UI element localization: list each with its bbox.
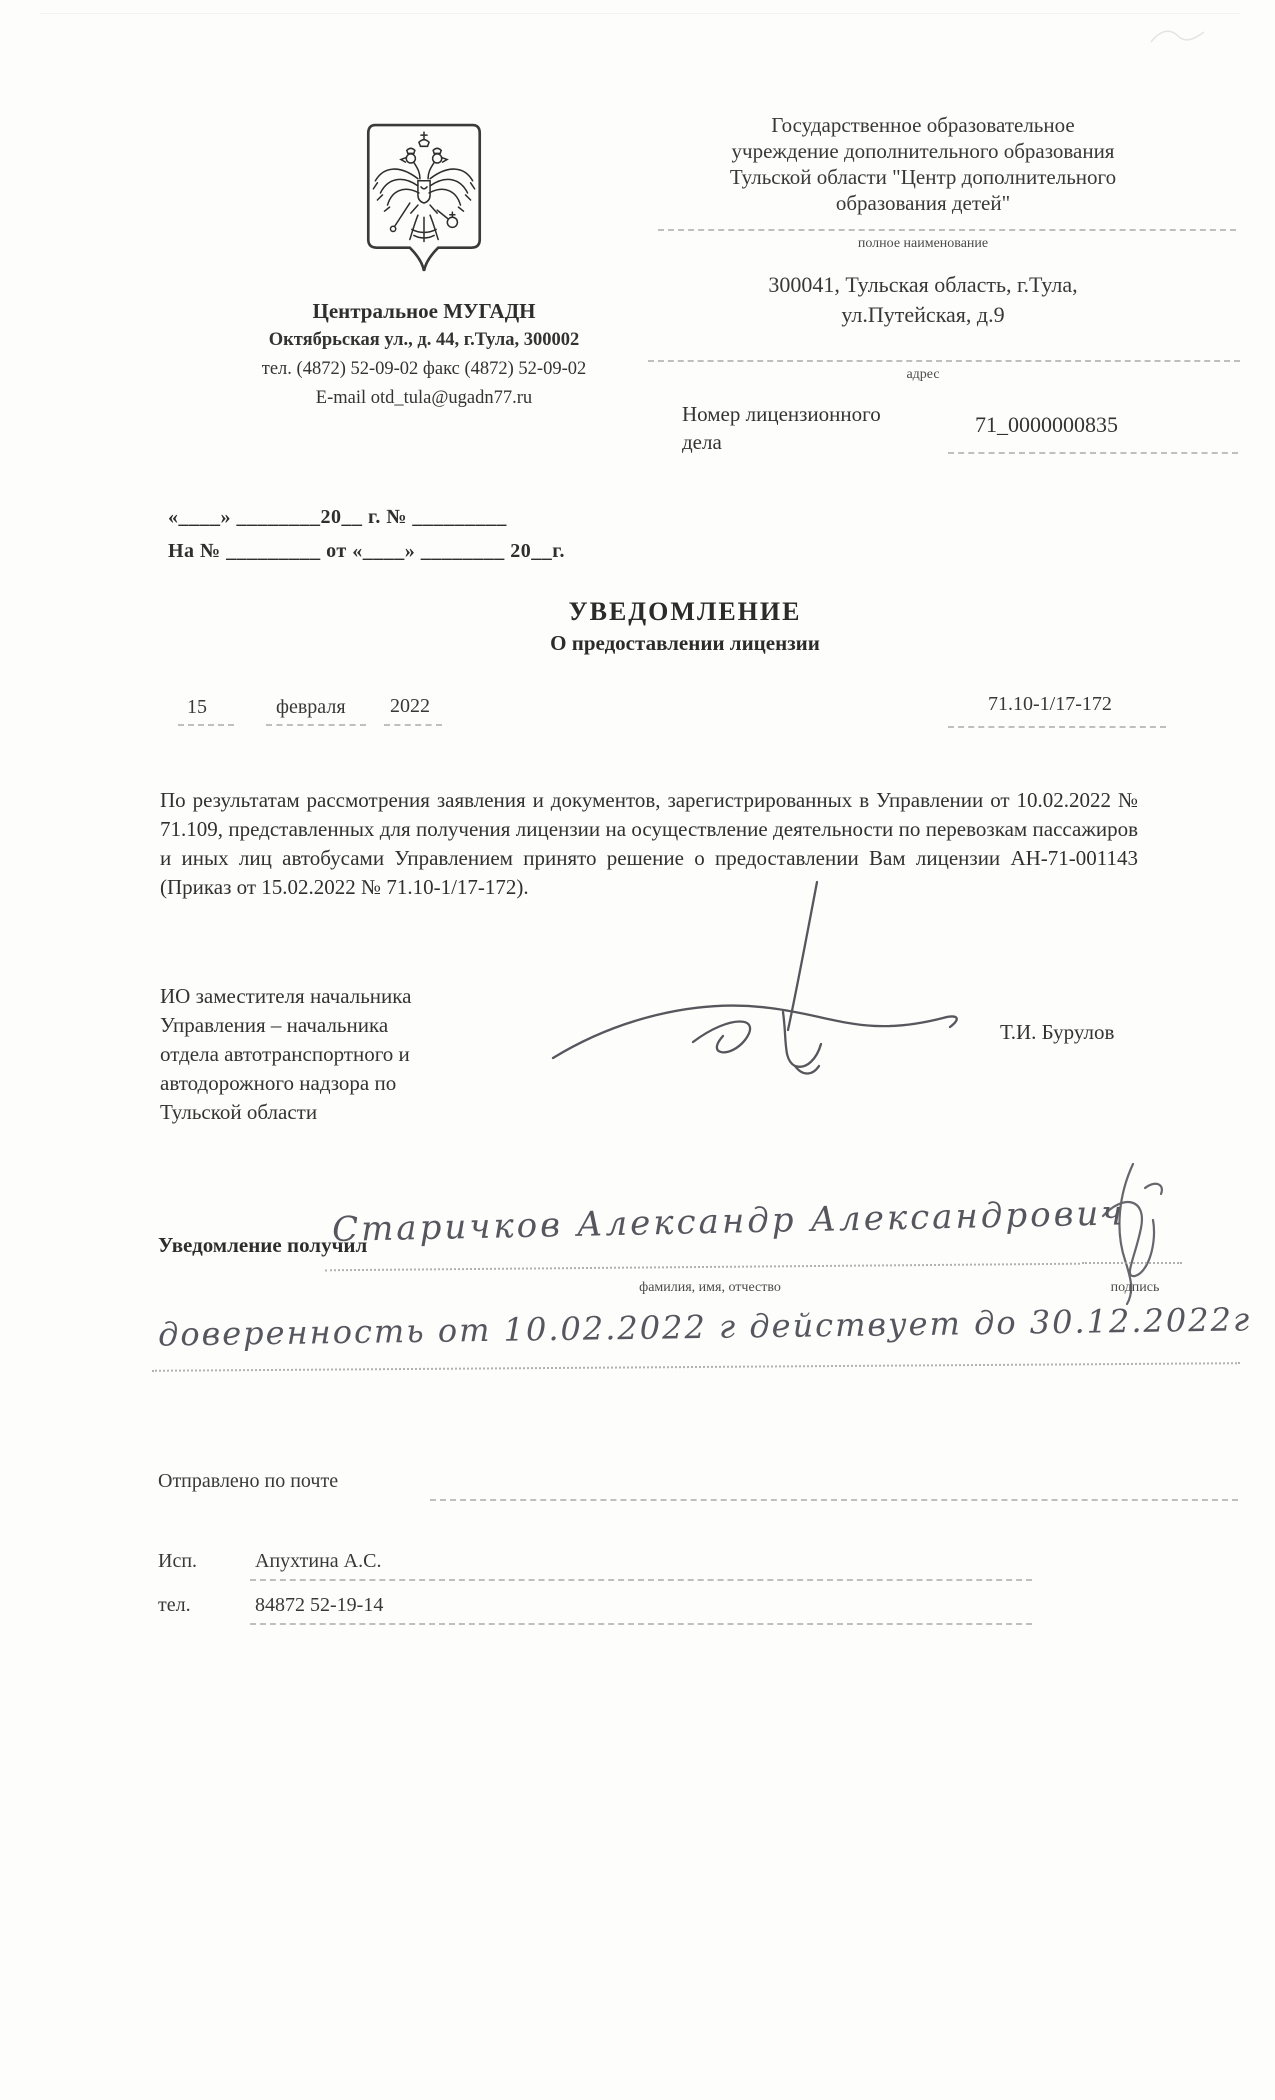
executor-underline (250, 1579, 1032, 1581)
signatory-position-line: Управления – начальника (160, 1011, 580, 1040)
date-month: февраля (276, 696, 346, 719)
signatory-position-line: автодорожного надзора по (160, 1069, 580, 1098)
receipt-signature-caption: подпись (1070, 1280, 1200, 1296)
license-file-label: Номер лицензионного дела (682, 400, 982, 456)
signatory-name: Т.И. Бурулов (1000, 1020, 1114, 1045)
date-month-underline (266, 724, 366, 726)
title-block: УВЕДОМЛЕНИЕ О предоставлении лицензии (380, 597, 990, 656)
recipient-name-underline (658, 229, 1236, 231)
scan-artifact-squiggle (1148, 24, 1208, 50)
document-number: 71.10-1/17-172 (988, 693, 1112, 716)
license-file-label-line: дела (682, 428, 982, 456)
license-file-label-line: Номер лицензионного (682, 400, 982, 428)
reference-date-line: «____» ________20__ г. № _________ (168, 500, 728, 534)
scan-artifact-line (40, 13, 1240, 14)
recipient-address: 300041, Тульская область, г.Тула, ул.Пут… (668, 270, 1178, 330)
recipient-address-line: 300041, Тульская область, г.Тула, (668, 270, 1178, 300)
receipt-handwritten-note: доверенность от 10.02.2022 г действует д… (158, 1300, 1248, 1353)
signatory-position-line: ИО заместителя начальника (160, 982, 580, 1011)
reference-block: «____» ________20__ г. № _________ На № … (168, 500, 728, 568)
signatory-signature (545, 880, 985, 1100)
signatory-position-line: отдела автотранспортного и (160, 1040, 580, 1069)
sender-address: Октябрьская ул., д. 44, г.Тула, 300002 (176, 326, 672, 355)
sender-phone: тел. (4872) 52-09-02 факс (4872) 52-09-0… (176, 355, 672, 384)
signatory-position: ИО заместителя начальника Управления – н… (160, 982, 580, 1127)
executor-phone-underline (250, 1623, 1032, 1625)
date-day-underline (178, 724, 234, 726)
sent-by-mail-label: Отправлено по почте (158, 1470, 338, 1493)
executor-label: Исп. (158, 1550, 197, 1573)
signatory-position-line: Тульской области (160, 1098, 580, 1127)
receipt-handwritten-name: Старичков Александр Александрович (332, 1194, 1093, 1250)
scanned-notification-letter: Центральное МУГАДН Октябрьская ул., д. 4… (0, 0, 1275, 2100)
document-subtitle: О предоставлении лицензии (380, 631, 990, 656)
sender-letterhead: Центральное МУГАДН Октябрьская ул., д. 4… (176, 296, 672, 413)
license-number-underline (948, 452, 1238, 454)
receipt-note-underline (152, 1362, 1240, 1372)
recipient-address-caption: адрес (668, 367, 1178, 383)
reference-reply-line: На № _________ от «____» ________ 20__г. (168, 534, 728, 568)
sent-by-mail-underline (430, 1499, 1238, 1501)
recipient-org-line: Тульской области "Центр дополнительного (668, 164, 1178, 190)
license-file-number: 71_0000000835 (975, 412, 1118, 438)
receipt-signature-underline (1082, 1262, 1182, 1264)
recipient-org-line: Государственное образовательное (668, 112, 1178, 138)
recipient-name-caption: полное наименование (668, 236, 1178, 252)
sender-email: E-mail otd_tula@ugadn77.ru (176, 384, 672, 413)
recipient-org-name: Государственное образовательное учрежден… (668, 112, 1178, 216)
recipient-address-line: ул.Путейская, д.9 (668, 300, 1178, 330)
date-year: 2022 (390, 695, 430, 718)
document-title: УВЕДОМЛЕНИЕ (380, 597, 990, 627)
executor-name: Апухтина А.С. (255, 1550, 381, 1573)
recipient-org-line: образования детей" (668, 190, 1178, 216)
russian-coat-of-arms-icon (363, 122, 485, 276)
sender-org-name: Центральное МУГАДН (176, 296, 672, 326)
date-day: 15 (187, 696, 207, 719)
recipient-org-line: учреждение дополнительного образования (668, 138, 1178, 164)
executor-phone-label: тел. (158, 1594, 191, 1617)
receipt-name-underline (325, 1263, 1080, 1272)
recipient-address-underline (648, 360, 1240, 362)
document-number-underline (948, 726, 1166, 728)
executor-phone-number: 84872 52-19-14 (255, 1594, 383, 1617)
receipt-name-caption: фамилия, имя, отчество (500, 1280, 920, 1296)
date-year-underline (384, 724, 442, 726)
